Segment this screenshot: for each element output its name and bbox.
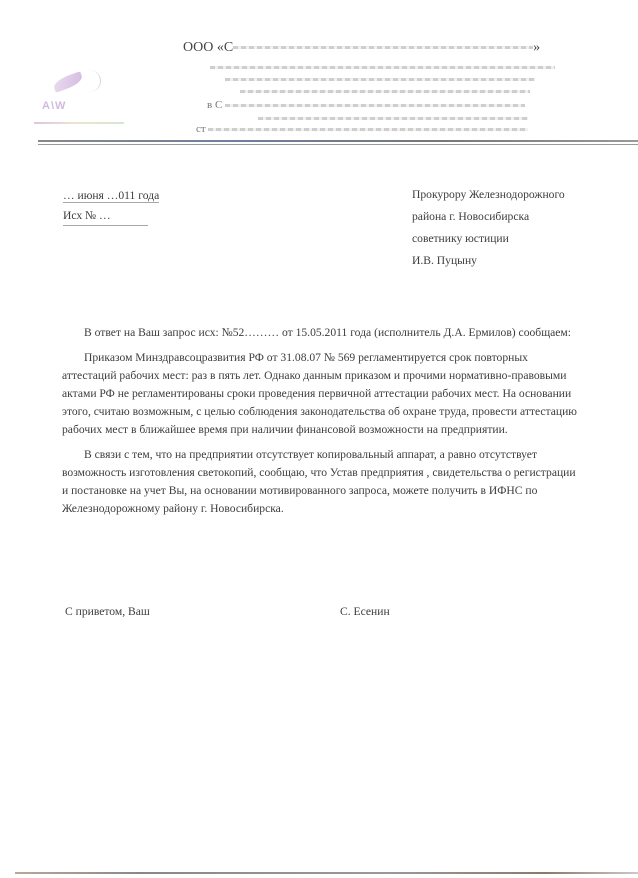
body-paragraph: В связи с тем, что на предприятии отсутс… [62, 446, 584, 518]
logo-underline [34, 122, 124, 124]
org-suffix: » [533, 40, 540, 55]
registration-prefix: в С [207, 99, 222, 111]
outgoing-number-text: Исх № … [63, 207, 148, 226]
letterhead-line-4 [240, 86, 530, 96]
addressee-line: района г. Новосибирска [412, 206, 565, 228]
org-prefix: ООО «С [183, 40, 233, 55]
redacted-address [210, 66, 555, 69]
redacted-org-name [233, 46, 533, 49]
closing-salutation: С приветом, Ваш [65, 603, 150, 621]
date-text: … июня …011 года [63, 189, 159, 203]
signature-name: С. Есенин [340, 603, 390, 621]
redacted-bank [208, 128, 528, 131]
addressee-block: Прокурору Железнодорожного района г. Нов… [412, 184, 565, 272]
letterhead-rule [38, 140, 638, 142]
letterhead-org-name: ООО «С» [183, 40, 540, 56]
logo-mark: A\W [42, 100, 66, 112]
body-paragraph: Приказом Минздравсоцразвития РФ от 31.08… [62, 349, 584, 439]
letterhead-line-6 [258, 113, 528, 123]
addressee-line: советнику юстиции [412, 228, 565, 250]
letterhead-registration: в С [207, 99, 525, 111]
redacted-line [258, 117, 528, 120]
addressee-line: Прокурору Железнодорожного [412, 184, 565, 206]
redacted-line [240, 90, 530, 93]
letter-body: В ответ на Ваш запрос исх: №52……… от 15.… [62, 324, 584, 518]
letterhead-bank: ст [196, 123, 528, 135]
letterhead-contacts [225, 74, 535, 84]
letterhead-address [210, 62, 555, 72]
redacted-contacts [225, 78, 535, 81]
addressee-line: И.В. Пуцыну [412, 250, 565, 272]
bank-prefix: ст [196, 123, 206, 135]
letterhead-rule-thin [38, 144, 638, 145]
body-paragraph: В ответ на Ваш запрос исх: №52……… от 15.… [62, 324, 584, 342]
company-logo: A\W [28, 68, 128, 128]
page-edge [15, 872, 638, 874]
outgoing-number: Исх № … [63, 207, 148, 226]
letter-date: … июня …011 года [63, 187, 159, 205]
arc-decoration [78, 70, 101, 92]
redacted-registration [225, 104, 525, 107]
